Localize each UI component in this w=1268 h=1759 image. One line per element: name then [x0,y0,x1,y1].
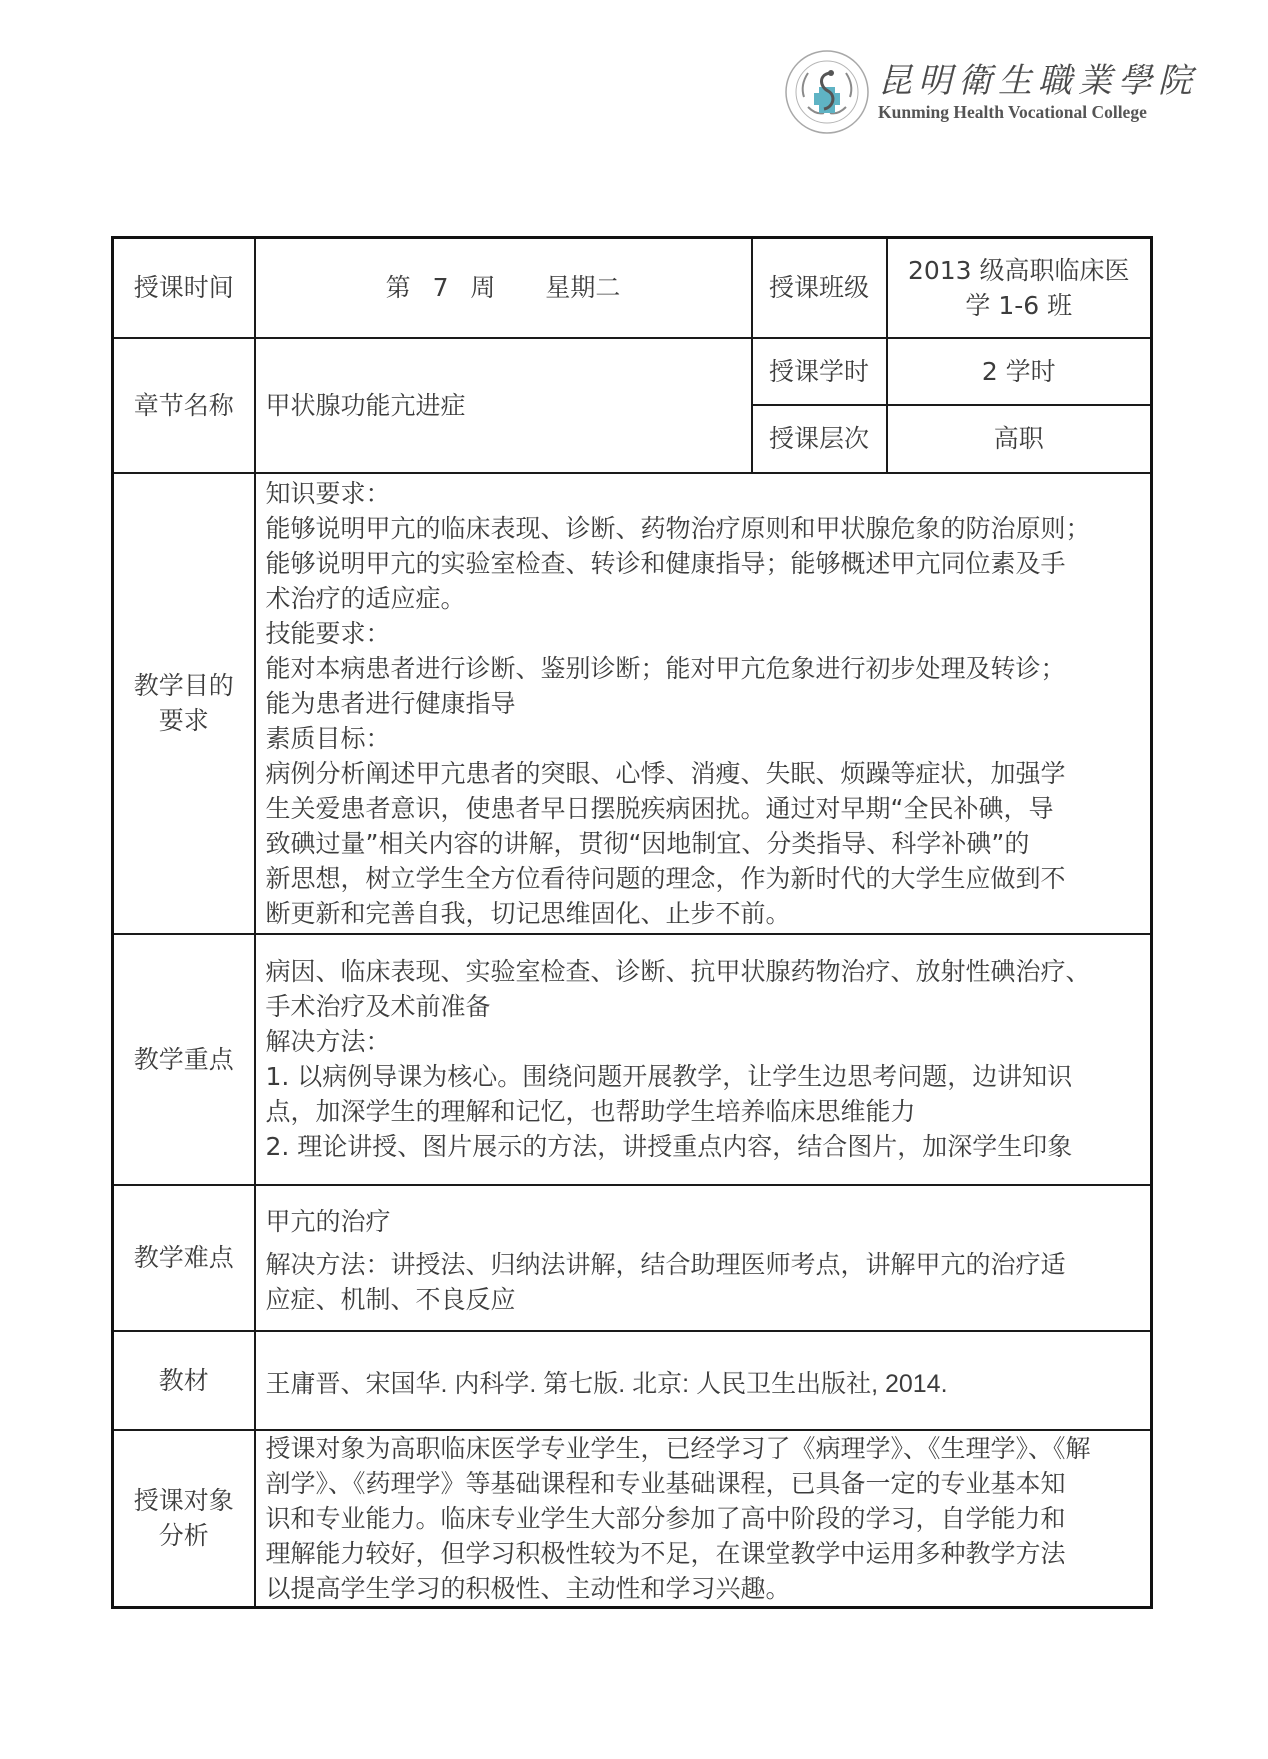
key-points-line: 1. 以病例导课为核心。围绕问题开展教学，让学生边思考问题，边讲知识 [266,1059,1141,1094]
textbook-value: 王庸晋、宋国华. 内科学. 第七版. 北京: 人民卫生出版社, 2014. [255,1331,1152,1430]
row-objectives: 教学目的 要求 知识要求： 能够说明甲亢的临床表现、诊断、药物治疗原则和甲状腺危… [113,473,1152,934]
key-points-line: 解决方法： [266,1024,1141,1059]
objectives-line: 能对本病患者进行诊断、鉴别诊断；能对甲亢危象进行初步处理及转诊； [266,651,1141,686]
audience-label-line: 授课对象 [124,1483,244,1518]
objectives-line: 病例分析阐述甲亢患者的突眼、心悸、消瘦、失眠、烦躁等症状，加强学 [266,756,1141,791]
audience-line: 识和专业能力。临床专业学生大部分参加了高中阶段的学习，自学能力和 [266,1501,1141,1536]
audience-label-line: 分析 [124,1518,244,1553]
week-prefix: 第 [386,270,411,305]
row-difficulties: 教学难点 甲亢的治疗 解决方法：讲授法、归纳法讲解，结合助理医师考点，讲解甲亢的… [113,1185,1152,1331]
key-points-line: 病因、临床表现、实验室检查、诊断、抗甲状腺药物治疗、放射性碘治疗、 [266,954,1141,989]
row-key-points: 教学重点 病因、临床表现、实验室检查、诊断、抗甲状腺药物治疗、放射性碘治疗、 手… [113,934,1152,1185]
weekday: 星期二 [545,270,620,305]
key-points-label: 教学重点 [113,934,255,1185]
objectives-label: 教学目的 要求 [113,473,255,934]
textbook-label: 教材 [113,1331,255,1430]
level-value: 高职 [887,405,1152,473]
key-points-line: 手术治疗及术前准备 [266,989,1141,1024]
objectives-line: 技能要求： [266,616,1141,651]
difficulties-line: 解决方法：讲授法、归纳法讲解，结合助理医师考点，讲解甲亢的治疗适 [266,1247,1141,1282]
audience-line: 以提高学生学习的积极性、主动性和学习兴趣。 [266,1571,1141,1606]
objectives-line: 新思想，树立学生全方位看待问题的理念，作为新时代的大学生应做到不 [266,861,1141,896]
college-name-chinese: 昆明衛生職業學院 [878,61,1198,101]
key-points-line: 点，加深学生的理解和记忆，也帮助学生培养临床思维能力 [266,1094,1141,1129]
college-logo: 昆明衛生職業學院 Kunming Health Vocational Colle… [784,48,1184,136]
objectives-line: 致碘过量”相关内容的讲解，贯彻“因地制宜、分类指导、科学补碘”的 [266,826,1141,861]
difficulties-content: 甲亢的治疗 解决方法：讲授法、归纳法讲解，结合助理医师考点，讲解甲亢的治疗适 应… [255,1185,1152,1331]
objectives-line: 断更新和完善自我，切记思维固化、止步不前。 [266,896,1141,931]
level-label: 授课层次 [752,405,887,473]
chapter-label: 章节名称 [113,338,255,473]
difficulties-line: 应症、机制、不良反应 [266,1282,1141,1317]
objectives-line: 素质目标： [266,721,1141,756]
time-label: 授课时间 [113,238,255,338]
class-value: 2013 级高职临床医 学 1-6 班 [887,238,1152,338]
row-time-class: 授课时间 第 7 周 星期二 授课班级 2013 级高职临床医 学 1-6 班 [113,238,1152,338]
class-value-line: 学 1-6 班 [898,288,1141,323]
key-points-content: 病因、临床表现、实验室检查、诊断、抗甲状腺药物治疗、放射性碘治疗、 手术治疗及术… [255,934,1152,1185]
audience-label: 授课对象 分析 [113,1430,255,1608]
lesson-plan-table: 授课时间 第 7 周 星期二 授课班级 2013 级高职临床医 学 1-6 班 … [111,236,1153,1609]
objectives-label-line: 要求 [124,703,244,738]
objectives-line: 能为患者进行健康指导 [266,686,1141,721]
row-textbook: 教材 王庸晋、宋国华. 内科学. 第七版. 北京: 人民卫生出版社, 2014. [113,1331,1152,1430]
college-emblem-icon [784,49,870,135]
difficulties-title: 甲亢的治疗 [266,1204,1141,1239]
hours-label: 授课学时 [752,338,887,405]
chapter-value: 甲状腺功能亢进症 [255,338,752,473]
audience-line: 理解能力较好，但学习积极性较为不足，在课堂教学中运用多种教学方法 [266,1536,1141,1571]
college-name-english: Kunming Health Vocational College [878,101,1198,123]
hours-value: 2 学时 [887,338,1152,405]
row-audience: 授课对象 分析 授课对象为高职临床医学专业学生，已经学习了《病理学》、《生理学》… [113,1430,1152,1608]
audience-content: 授课对象为高职临床医学专业学生，已经学习了《病理学》、《生理学》、《解 剖学》、… [255,1430,1152,1608]
objectives-line: 能够说明甲亢的实验室检查、转诊和健康指导；能够概述甲亢同位素及手 [266,546,1141,581]
objectives-line: 术治疗的适应症。 [266,581,1141,616]
audience-line: 剖学》、《药理学》等基础课程和专业基础课程，已具备一定的专业基本知 [266,1466,1141,1501]
week-number: 7 [433,270,449,305]
key-points-line: 2. 理论讲授、图片展示的方法，讲授重点内容，结合图片，加深学生印象 [266,1129,1141,1164]
difficulties-label: 教学难点 [113,1185,255,1331]
objectives-label-line: 教学目的 [124,668,244,703]
audience-line: 授课对象为高职临床医学专业学生，已经学习了《病理学》、《生理学》、《解 [266,1431,1141,1466]
row-chapter-hours: 章节名称 甲状腺功能亢进症 授课学时 2 学时 [113,338,1152,405]
week-suffix: 周 [470,270,495,305]
objectives-content: 知识要求： 能够说明甲亢的临床表现、诊断、药物治疗原则和甲状腺危象的防治原则； … [255,473,1152,934]
objectives-line: 生关爱患者意识，使患者早日摆脱疾病困扰。通过对早期“全民补碘，导 [266,791,1141,826]
time-value: 第 7 周 星期二 [255,238,752,338]
class-label: 授课班级 [752,238,887,338]
objectives-line: 能够说明甲亢的临床表现、诊断、药物治疗原则和甲状腺危象的防治原则； [266,511,1141,546]
class-value-line: 2013 级高职临床医 [898,253,1141,288]
objectives-line: 知识要求： [266,476,1141,511]
